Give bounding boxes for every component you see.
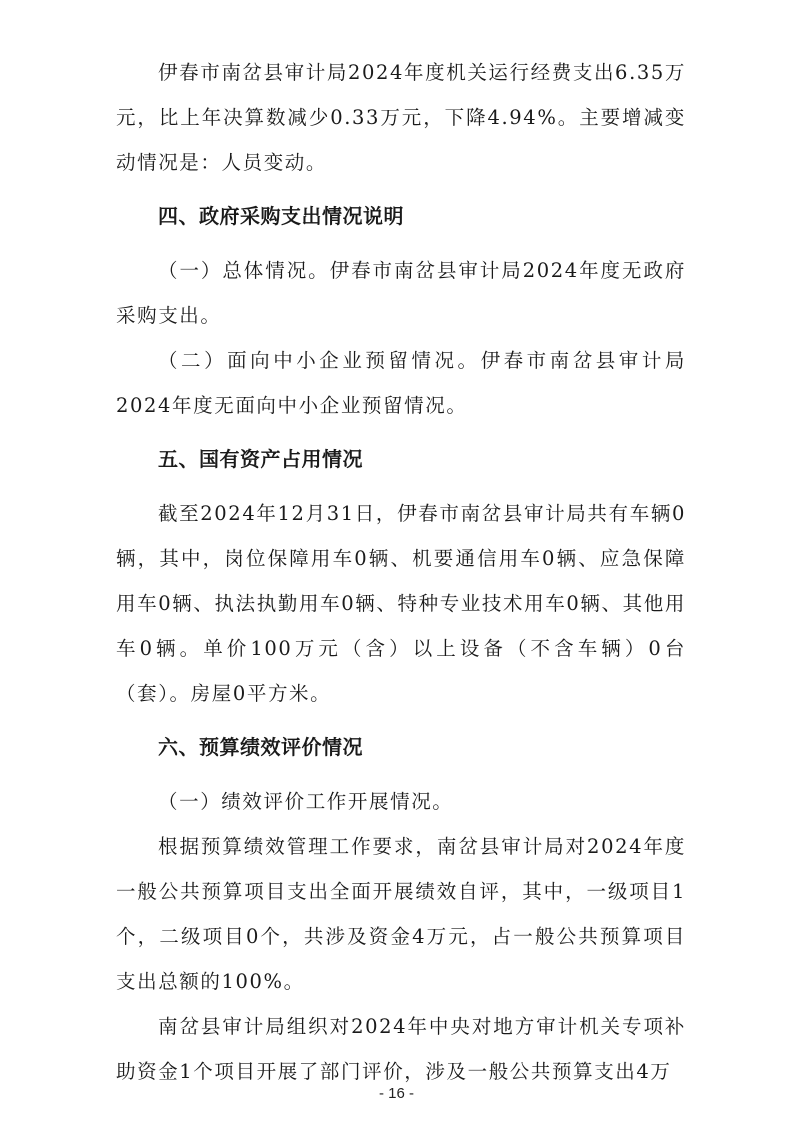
document-page: 伊春市南岔县审计局2024年度机关运行经费支出6.35万元，比上年决算数减少0.… (116, 50, 686, 1094)
paragraph-department-evaluation: 南岔县审计局组织对2024年中央对地方审计机关专项补助资金1个项目开展了部门评价… (116, 1004, 686, 1094)
section-heading-procurement: 四、政府采购支出情况说明 (116, 194, 686, 239)
page-number: - 16 - (0, 1085, 793, 1102)
paragraph-vehicles-assets: 截至2024年12月31日，伊春市南岔县审计局共有车辆0辆，其中，岗位保障用车0… (116, 491, 686, 716)
subheading-evaluation-work: （一）绩效评价工作开展情况。 (116, 779, 686, 824)
section-heading-state-assets: 五、国有资产占用情况 (116, 437, 686, 482)
paragraph-sme-reservation: （二）面向中小企业预留情况。伊春市南岔县审计局2024年度无面向中小企业预留情况… (116, 338, 686, 428)
paragraph-procurement-overall: （一）总体情况。伊春市南岔县审计局2024年度无政府采购支出。 (116, 248, 686, 338)
paragraph-self-evaluation: 根据预算绩效管理工作要求，南岔县审计局对2024年度一般公共预算项目支出全面开展… (116, 824, 686, 1004)
section-heading-performance: 六、预算绩效评价情况 (116, 725, 686, 770)
paragraph-operating-expenses: 伊春市南岔县审计局2024年度机关运行经费支出6.35万元，比上年决算数减少0.… (116, 50, 686, 185)
